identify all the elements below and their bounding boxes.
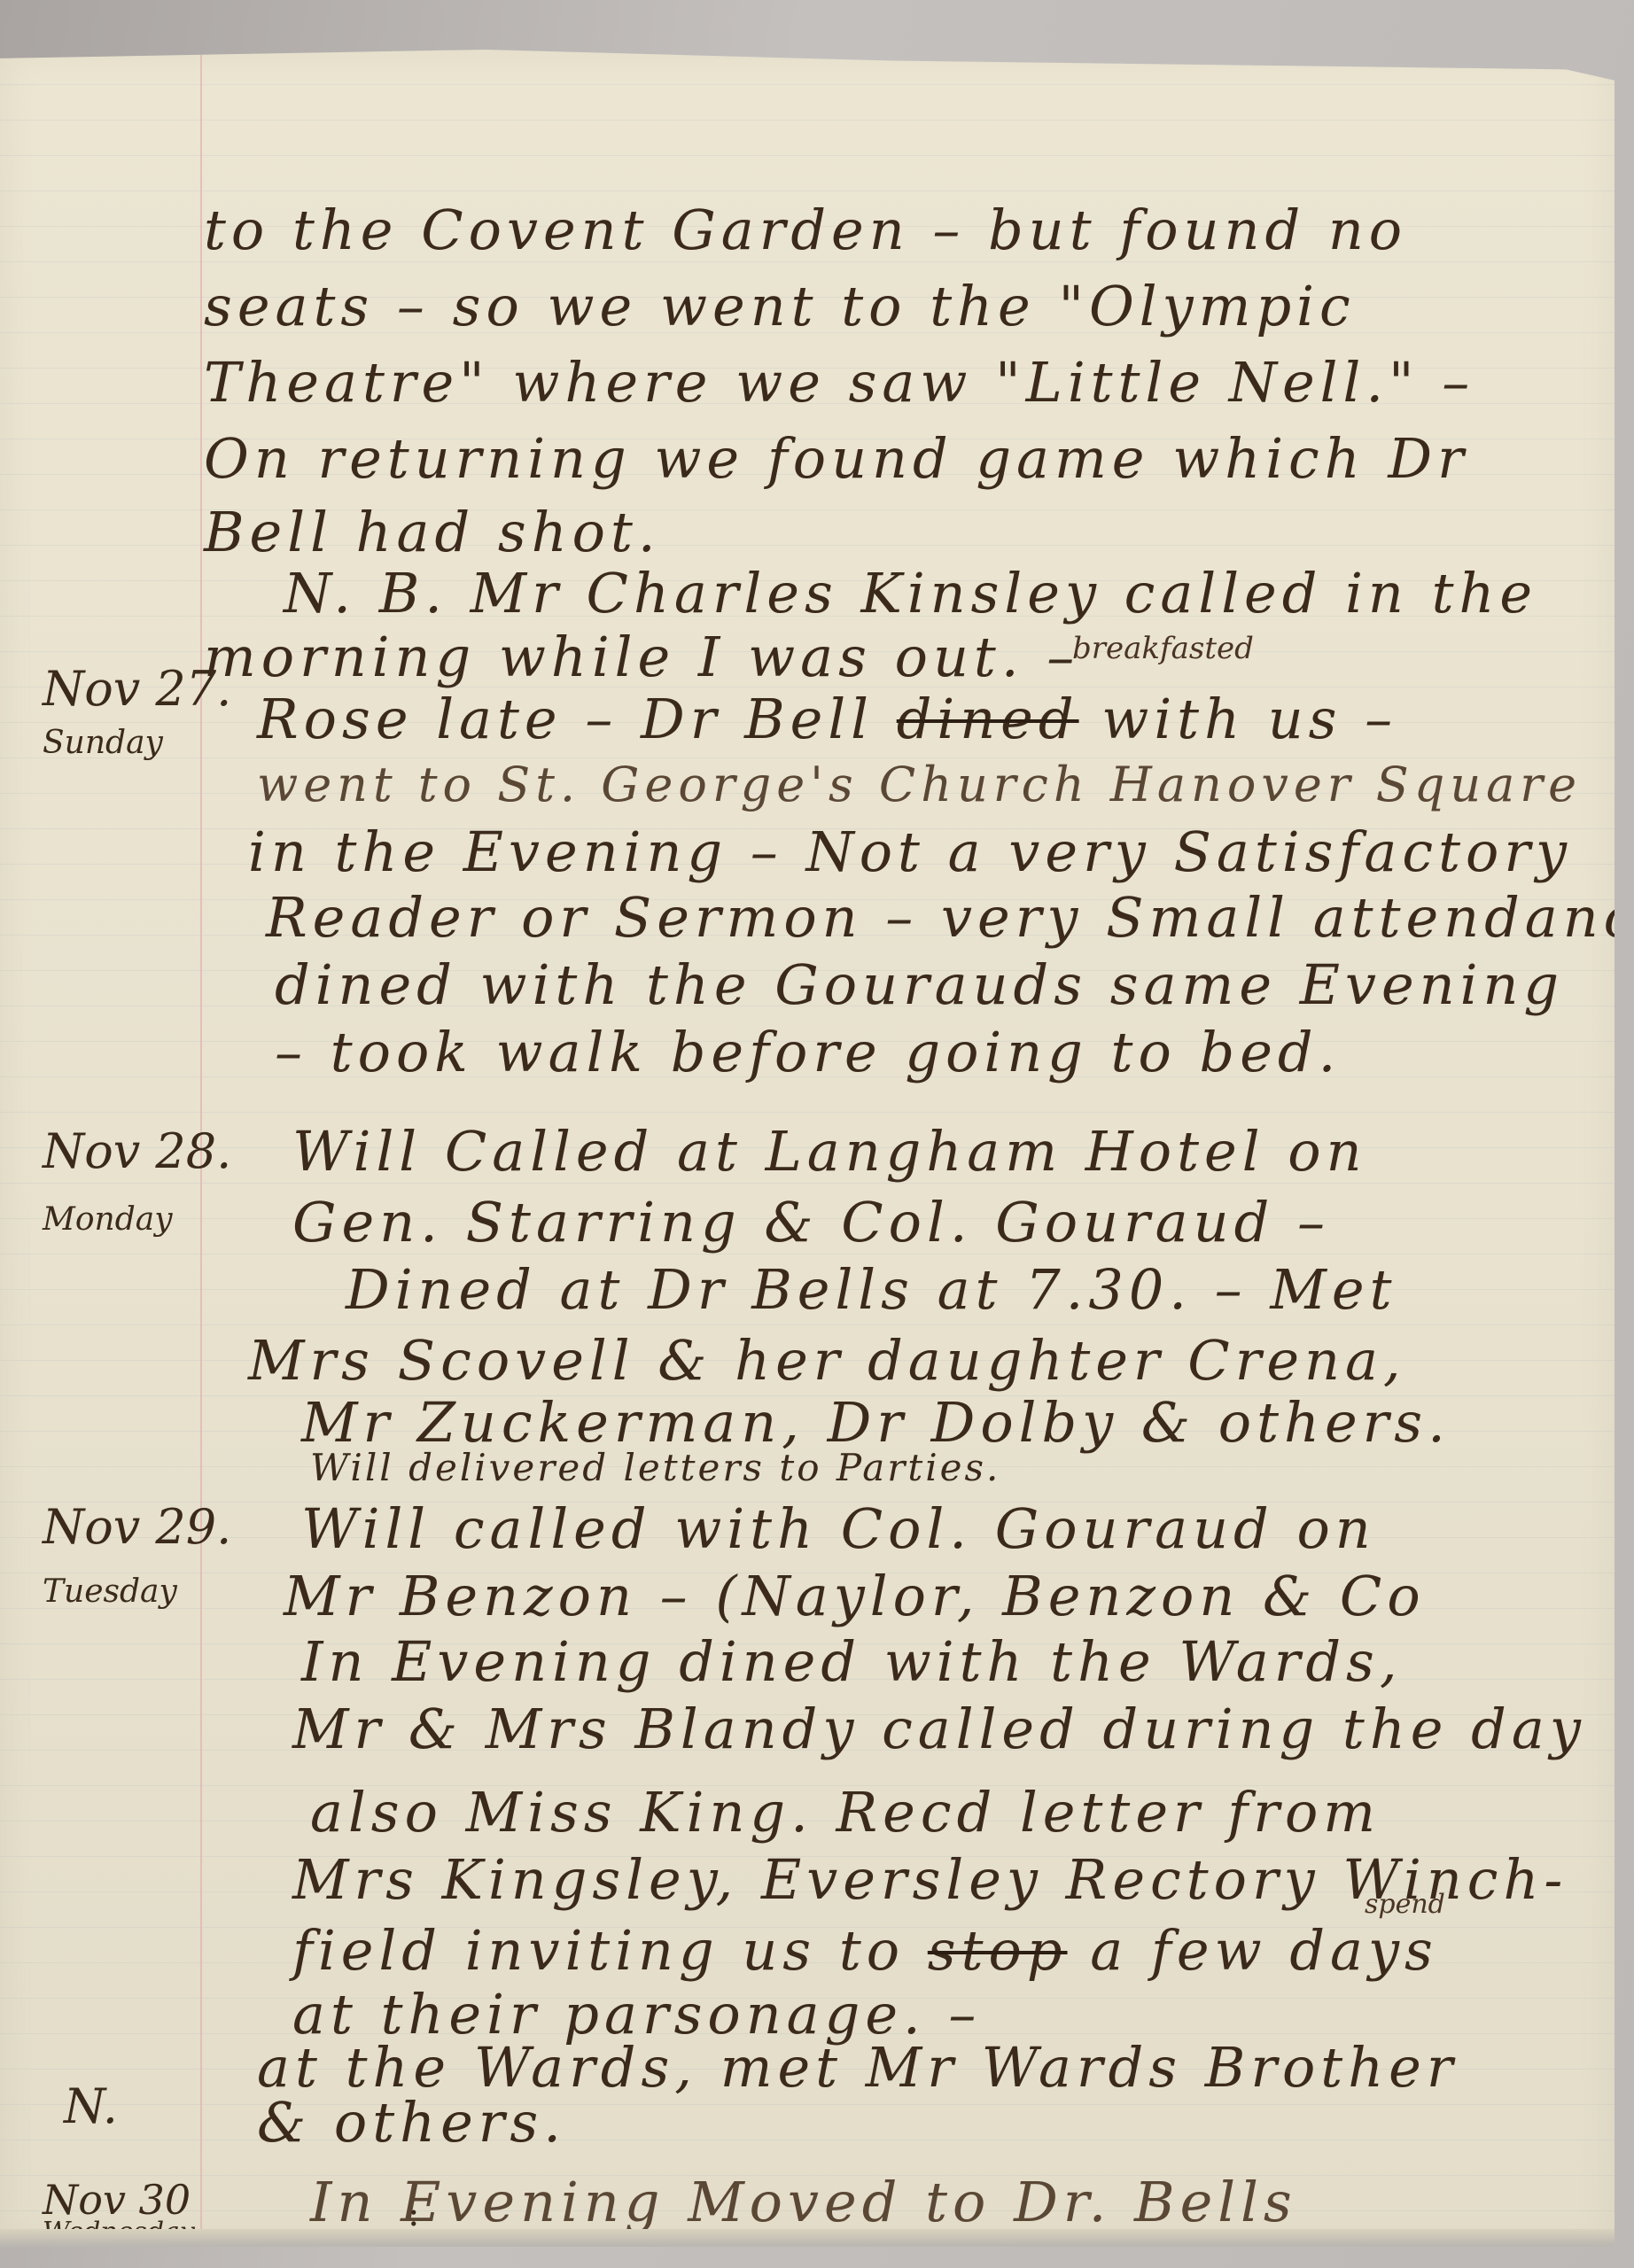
text-line: Rose late – Dr Bell dined with us –: [257, 684, 1397, 755]
text-line: Reader or Sermon – very Small attendance: [266, 882, 1634, 953]
text-line: In Evening dined with the Wards,: [301, 1627, 1403, 1697]
text-segment: with us –: [1079, 687, 1398, 751]
entry-date: Nov 29.: [43, 1499, 231, 1555]
text-line: In Evening Moved to Dr. Bells: [310, 2167, 1297, 2238]
text-line: Mr Benzon – (Naylor, Benzon & Co: [284, 1561, 1426, 1632]
text-line: field inviting us to stop a few days: [292, 1915, 1438, 1986]
text-segment: a few days: [1068, 1918, 1438, 1983]
struck-word: stop: [928, 1918, 1068, 1983]
entry-weekday: Sunday: [43, 725, 163, 761]
text-segment: Rose late – Dr Bell: [257, 687, 897, 751]
text-line: Will called with Col. Gouraud on: [301, 1494, 1376, 1565]
text-line: also Miss King. Recd letter from: [310, 1777, 1381, 1848]
text-line: Mr & Mrs Blandy called during the day: [292, 1694, 1586, 1765]
text-line: Dined at Dr Bells at 7.30. – Met: [346, 1254, 1397, 1325]
text-line: Will Called at Langham Hotel on: [292, 1116, 1367, 1187]
nota-bene-line: N. B. Mr Charles Kinsley called in the: [284, 558, 1537, 629]
entry-date: Nov 27.: [43, 661, 231, 717]
text-line: Gen. Starring & Col. Gouraud –: [292, 1187, 1330, 1258]
text-line: Theatre" where we saw "Little Nell." –: [204, 347, 1474, 418]
text-line: in the Evening – Not a very Satisfactory: [248, 817, 1572, 888]
page-bottom-edge: [0, 2229, 1615, 2247]
text-line: dined with the Gourauds same Evening: [275, 950, 1564, 1021]
text-line: Bell had shot.: [204, 497, 661, 568]
text-segment: field inviting us to: [292, 1918, 928, 1983]
diary-page: to the Covent Garden – but found no seat…: [0, 50, 1615, 2247]
interlinear-insertion: breakfasted: [1072, 631, 1254, 666]
text-line: morning while I was out. –: [204, 622, 1079, 693]
entry-weekday: Tuesday: [43, 1573, 177, 1610]
text-line: went to St. George's Church Hanover Squa…: [257, 750, 1582, 820]
margin-note: N.: [64, 2078, 118, 2134]
text-line: to the Covent Garden – but found no: [204, 195, 1407, 266]
text-line: seats – so we went to the "Olympic: [204, 271, 1356, 342]
text-line: Will delivered letters to Parties.: [310, 1446, 1000, 1489]
struck-word: dined: [897, 687, 1079, 751]
entry-weekday: Monday: [43, 1201, 173, 1238]
entry-date: Nov 28.: [43, 1123, 231, 1179]
text-line: Mrs Scovell & her daughter Crena,: [248, 1325, 1406, 1396]
text-line: & others.: [257, 2087, 566, 2158]
text-line: On returning we found game which Dr: [204, 423, 1469, 494]
text-line: – took walk before going to bed.: [275, 1017, 1341, 1088]
